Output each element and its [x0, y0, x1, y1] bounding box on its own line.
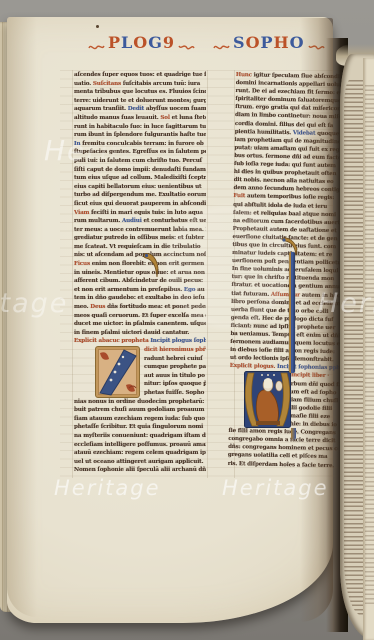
- left-text-column: aſcendes ſuper equos tuos: et quadrige t…: [74, 71, 206, 475]
- text-line: altitudo manus ſuas leuauit. Sol et luna…: [74, 114, 206, 123]
- right-historiated-initial: [244, 371, 291, 432]
- text-line: phetas fuiſſe. Sopho: [74, 389, 206, 398]
- left-margin-hook-icon: [142, 252, 162, 282]
- text-line: in finem pſalmi uictori dauid cantatur.: [74, 329, 206, 338]
- flourish-icon: [178, 38, 195, 49]
- text-line: atauū ezechiam: regem celem quadrigam ip…: [74, 449, 206, 458]
- text-line: rum ibunt in ſplendore fulgurantis haſte…: [74, 131, 206, 140]
- text-line: terre: uiderunt te et doluerunt montes; …: [74, 97, 206, 106]
- header-letter: O: [246, 33, 261, 52]
- header-letters-prologus: PLOG9: [108, 33, 175, 53]
- text-line: Viam feciſti in mari equis tuis: in luto…: [74, 209, 206, 218]
- text-line: grediatur putredo in oſſibus meis: et ſu…: [74, 234, 206, 243]
- flourish-icon: [213, 38, 230, 49]
- text-line: In fremitu conculcabis terram: in furore…: [74, 140, 206, 149]
- flourish-icon: [308, 38, 325, 49]
- text-line: dicit hieronimus pbr̃:: [74, 346, 206, 355]
- flourish-icon: [88, 38, 105, 49]
- facing-page-text: [344, 80, 363, 616]
- page-left-shading: [7, 17, 37, 617]
- header-letter: P: [261, 33, 274, 52]
- text-line: ſiam atauum ezechiam regem iuda: ſub quo…: [74, 415, 206, 424]
- header-letter: G: [148, 33, 163, 52]
- text-line: runt in habitaculo ſuo: in luce ſagittar…: [74, 123, 206, 132]
- text-line: buit patrem chuſi auum godoliam proauum …: [74, 406, 206, 415]
- text-line: nias nonus in ordine duodecim prophetarū…: [74, 398, 206, 407]
- text-line: menta tribubus que locutus es. Fluuios ſ…: [74, 88, 206, 97]
- header-letters-sophonias: SOPHO: [233, 33, 305, 53]
- text-line: uatio. Suſcitans ſuſcitabis arcum tuū: i…: [74, 80, 206, 89]
- header-letter: P: [108, 33, 121, 52]
- initial-bar-extension: [289, 252, 295, 373]
- header-word-sophonias: SOPHO: [213, 31, 325, 55]
- text-line: aſcendes ſuper equos tuos: et quadrige t…: [74, 71, 206, 80]
- header-letter: L: [121, 33, 133, 52]
- text-line: eccleſiam intelligere poſſumus. proauū a…: [74, 441, 206, 450]
- text-line: meos quaſi ceruorum. Et ſuper excelſa me…: [74, 312, 206, 321]
- text-line: turbo ad diſpergendum me. Exultatio eoru…: [74, 191, 206, 200]
- text-line: uel ut oceano attingeret aurigam applicu…: [74, 458, 206, 467]
- text-line: nitur: ipſos quoque p̃: [74, 380, 206, 389]
- text-line: Explicit abacuc propheta Incipit plogus …: [74, 337, 206, 346]
- text-line: ducet me uictor: in pſalmis canentem. uſ…: [74, 320, 206, 329]
- text-line: afferent cibum. Abſcindetur de ouili pec…: [74, 277, 206, 286]
- header-letter: O: [133, 33, 148, 52]
- column-rule-line: [207, 70, 208, 478]
- text-line: Nomen ſophonie alii ſpeculā alii archanū…: [74, 466, 206, 475]
- text-line: na myſteriis conueniunt: quadrigam iſtam…: [74, 432, 206, 441]
- text-line: ter meus: a uoce contremuerunt labia mea…: [74, 226, 206, 235]
- text-line: eius capiti bellatorum eius: uenientibus…: [74, 183, 206, 192]
- facing-page-edge-text: [365, 85, 374, 605]
- column-rule-line: [72, 70, 73, 478]
- text-line: puli tui: in ſalutem cum chriſto tuo. Pe…: [74, 157, 206, 166]
- text-line: meo. Deus dñs fortitudo mea: et ponet pe…: [74, 303, 206, 312]
- header-letter: O: [290, 33, 305, 52]
- text-line: ſtupefacies gentes. Egreſſus es in ſalut…: [74, 148, 206, 157]
- header-letter: 9: [163, 33, 175, 52]
- text-line: phetaſſe ſcribitur. Et quia ſingulorum n…: [74, 423, 206, 432]
- text-line: me ſcateat. Vt requieſcam in die tribula…: [74, 243, 206, 252]
- text-line: tum eius uſque ad collum. Maledixiſti ſc…: [74, 174, 206, 183]
- header-letter: H: [274, 33, 290, 52]
- bar-finial-icon: [280, 237, 300, 260]
- text-line: radunt hebrei cuiuſ: [74, 355, 206, 364]
- text-line: aquarum tranſiit. Dedit abyſſus uocem ſu…: [74, 105, 206, 114]
- text-line: in uineis. Mentietur opus oliue: et arua…: [74, 269, 206, 278]
- text-line: cumque prophete pater: [74, 363, 206, 372]
- text-line: et non erit armentum in preſepibus. Ego …: [74, 286, 206, 295]
- text-line: ſiſti caput de domo impii: denudaſti fun…: [74, 166, 206, 175]
- header-letter: S: [233, 33, 246, 52]
- text-line: aut auus in titulo po: [74, 372, 206, 381]
- text-line: ſicut eius qui deuorat pauperem in abſco…: [74, 200, 206, 209]
- manuscript-photo: PLOG9 SOPHO aſcendes ſuper equos tuos: e…: [0, 0, 374, 640]
- parchment-speck: [96, 25, 99, 28]
- left-illuminated-initial: [95, 346, 140, 402]
- text-line: rum multarum. Audiui et conturbatus eſt …: [74, 217, 206, 226]
- initial-bar-tail: [291, 428, 296, 440]
- header-word-prologus: PLOG9: [88, 31, 195, 55]
- text-line: tem in dño gaudebo: et exultabo in deo i…: [74, 294, 206, 303]
- text-line: Ficus enim non florebit: et non erit ger…: [74, 260, 206, 269]
- text-line: nis: ut aſcendam ad populum accinctum no…: [74, 251, 206, 260]
